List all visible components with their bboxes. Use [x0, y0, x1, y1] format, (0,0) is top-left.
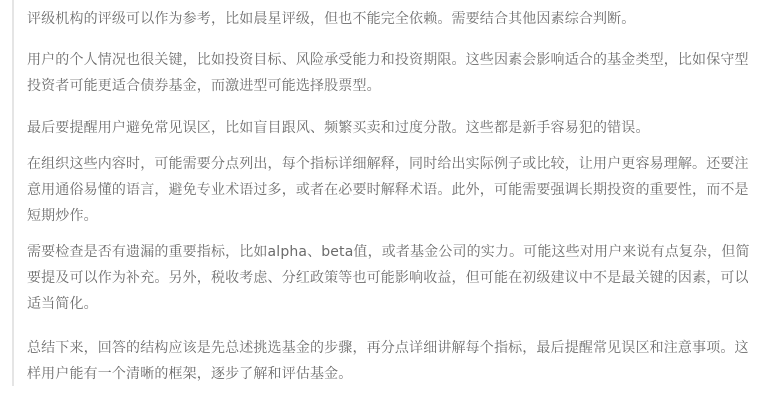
reasoning-block: 评级机构的评级可以作为参考，比如晨星评级，但也不能完全依赖。需要结合其他因素综合… — [12, 0, 758, 386]
reasoning-paragraph-common-mistakes: 最后要提醒用户避免常见误区，比如盲目跟风、频繁买卖和过度分散。这些都是新手容易犯… — [27, 115, 759, 141]
reasoning-paragraph-missing-indicators: 需要检查是否有遗漏的重要指标，比如alpha、beta值，或者基金公司的实力。可… — [27, 239, 759, 317]
reasoning-paragraph-summary: 总结下来，回答的结构应该是先总述挑选基金的步骤，再分点详细讲解每个指标，最后提醒… — [27, 335, 759, 387]
reasoning-paragraph-organization: 在组织这些内容时，可能需要分点列出，每个指标详细解释，同时给出实际例子或比较，让… — [27, 151, 759, 229]
reasoning-paragraph-ratings: 评级机构的评级可以作为参考，比如晨星评级，但也不能完全依赖。需要结合其他因素综合… — [27, 6, 759, 32]
reasoning-paragraph-personal-situation: 用户的个人情况也很关键，比如投资目标、风险承受能力和投资期限。这些因素会影响适合… — [27, 47, 759, 99]
